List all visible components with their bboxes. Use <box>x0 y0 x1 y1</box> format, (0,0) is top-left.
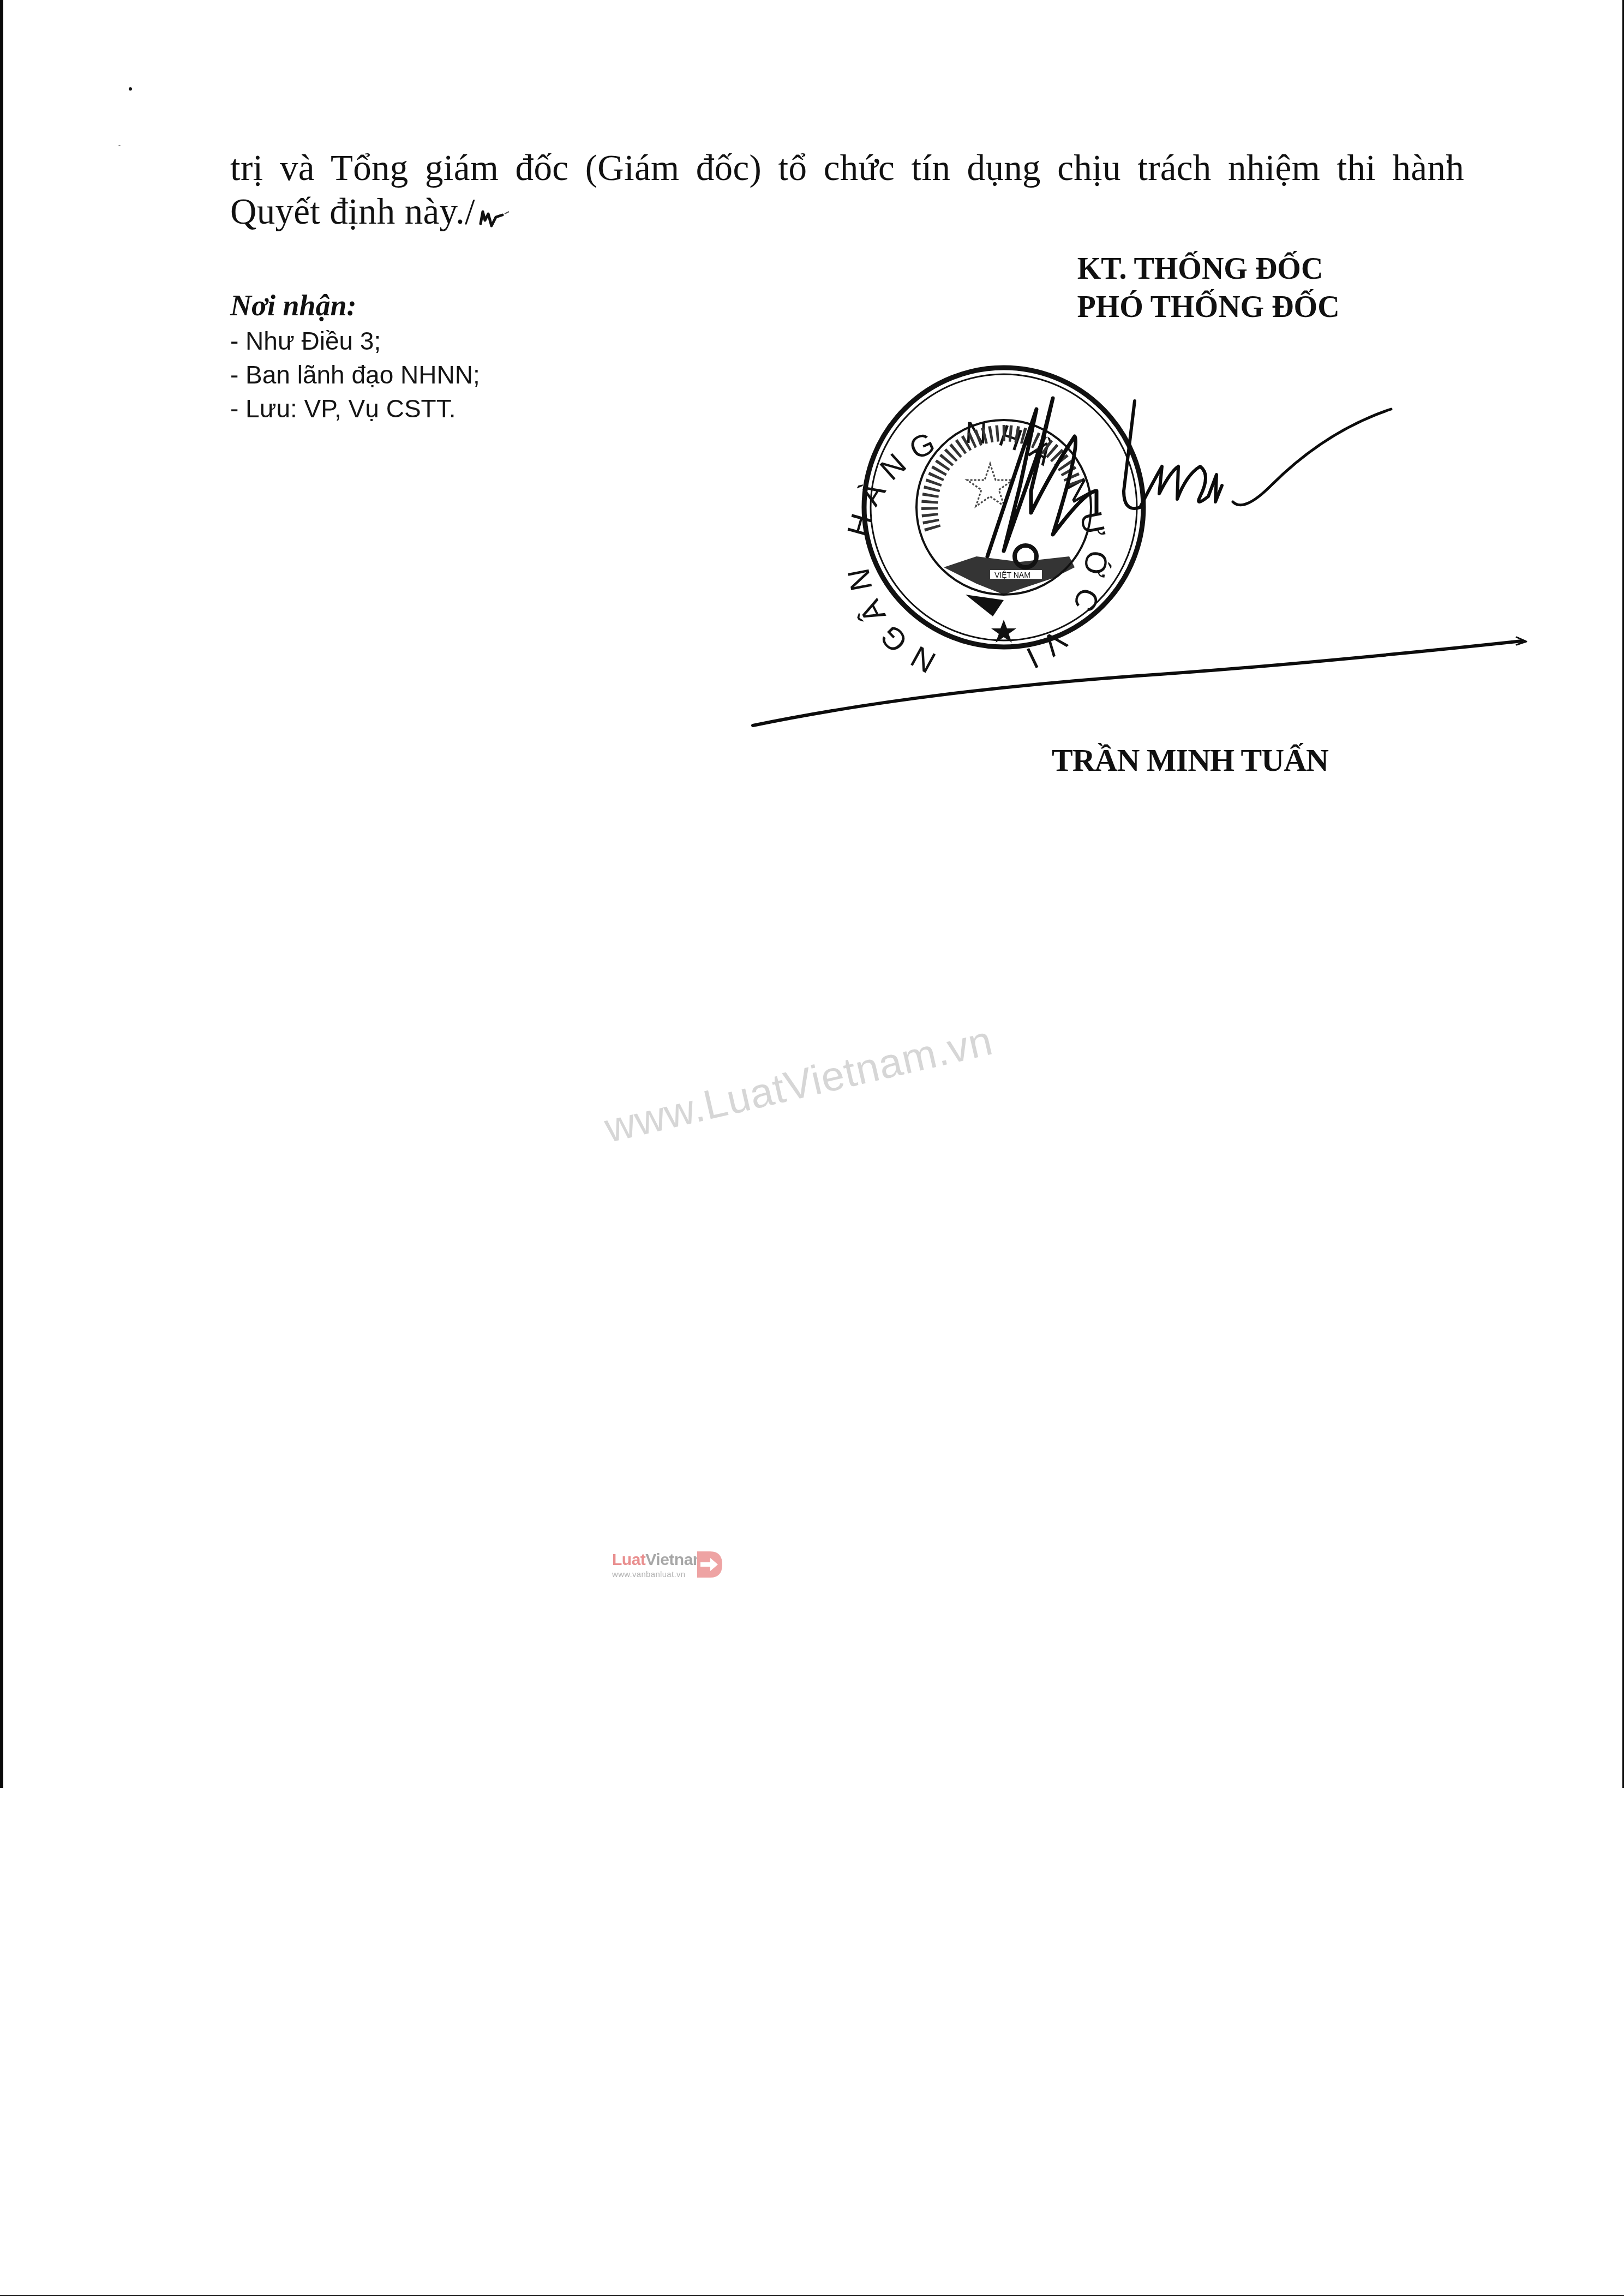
body-line-2-text: Quyết định này./ <box>230 191 475 232</box>
body-line-1: trị và Tổng giám đốc (Giám đốc) tổ chức … <box>230 146 1464 190</box>
initial-mark-icon <box>477 194 516 238</box>
logo-brand-part-1: Luat <box>612 1551 645 1569</box>
scan-border-left <box>0 0 3 1788</box>
signer-name: TRẦN MINH TUẤN <box>1052 739 1357 782</box>
state-emblem-seal-icon: NGÂN HÀNG NHÀ NƯỚC VIỆT NAM VIỆT NAM <box>747 349 1143 680</box>
luatvietnam-logo: LuatVietnam www.vanbanluat.vn <box>612 1549 727 1582</box>
seal-and-signature: NGÂN HÀNG NHÀ NƯỚC VIỆT NAM VIỆT NAM <box>747 349 1533 742</box>
body-line-2: Quyết định này./ <box>230 190 1464 238</box>
signer-position: PHÓ THỐNG ĐỐC <box>1039 288 1377 326</box>
recipient-item: - Như Điều 3; <box>230 324 480 358</box>
watermark-text: www.LuatVietnam.vn <box>600 1017 997 1152</box>
logo-brand: LuatVietnam <box>612 1551 707 1569</box>
arrow-right-icon <box>694 1549 724 1580</box>
recipients-title: Nơi nhận: <box>230 288 480 323</box>
logo-subtitle: www.vanbanluat.vn <box>612 1570 685 1579</box>
signer-authority: KT. THỐNG ĐỐC <box>1023 250 1377 288</box>
scan-speck <box>118 145 121 146</box>
scan-speck <box>129 87 132 91</box>
signer-title-block: KT. THỐNG ĐỐC PHÓ THỐNG ĐỐC <box>1039 250 1377 326</box>
body-paragraph: trị và Tổng giám đốc (Giám đốc) tổ chức … <box>230 146 1464 238</box>
recipient-item: - Lưu: VP, Vụ CSTT. <box>230 392 480 425</box>
recipients-block: Nơi nhận: - Như Điều 3; - Ban lãnh đạo N… <box>230 288 480 425</box>
svg-text:VIỆT NAM: VIỆT NAM <box>994 571 1030 579</box>
recipient-item: - Ban lãnh đạo NHNN; <box>230 358 480 392</box>
